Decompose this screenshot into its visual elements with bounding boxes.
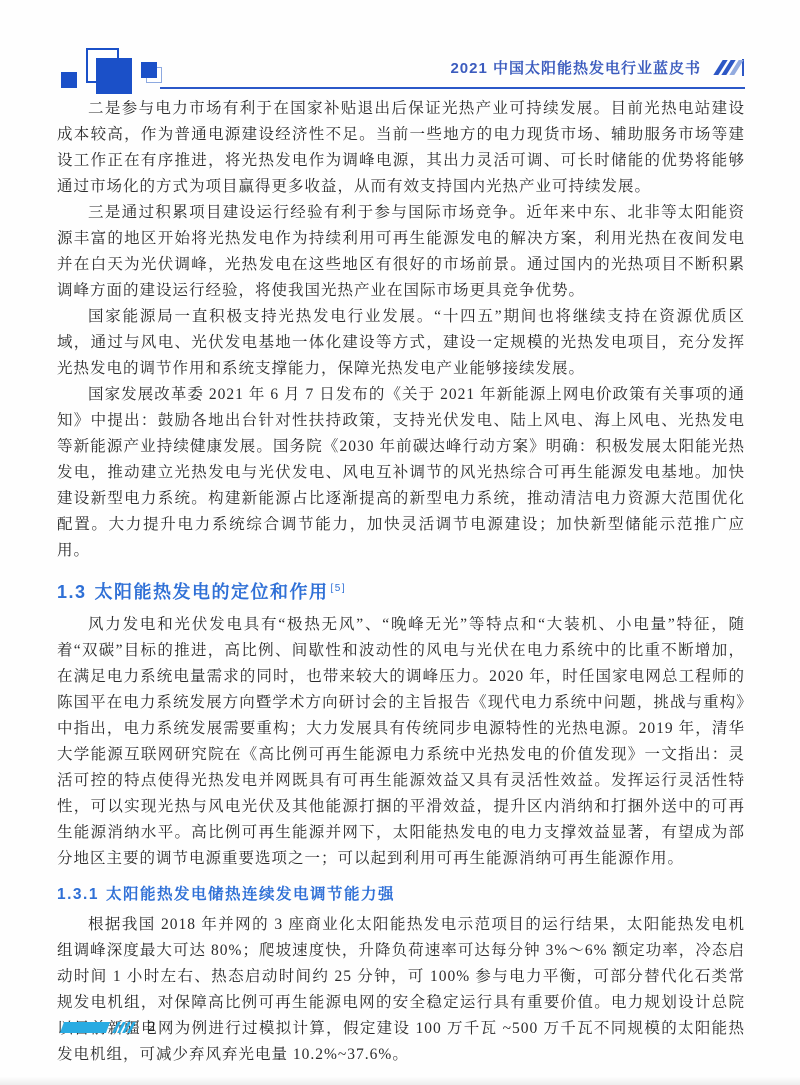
- section-title: 太阳能热发电的定位和作用: [95, 582, 329, 602]
- reference-marker: [5]: [331, 583, 347, 594]
- page-content: 二是参与电力市场有利于在国家补贴退出后保证光热产业可持续发展。目前光热电站建设成…: [57, 96, 745, 1068]
- header-divider: [160, 87, 745, 89]
- page-footer: 2: [62, 1019, 156, 1036]
- paragraph: 国家发展改革委 2021 年 6 月 7 日发布的《关于 2021 年新能源上网…: [57, 382, 745, 564]
- paragraph: 三是通过积累项目建设运行经验有利于参与国际市场竞争。近年来中东、北非等太阳能资源…: [57, 200, 745, 304]
- page-number: 2: [148, 1019, 156, 1036]
- header-slashes-icon: [715, 59, 744, 76]
- paragraph: 风力发电和光伏发电具有“极热无风”、“晚峰无光”等特点和“大装机、小电量”特征，…: [57, 612, 745, 872]
- subsection-title: 太阳能热发电储热连续发电调节能力强: [106, 886, 395, 903]
- section-heading: 1.3太阳能热发电的定位和作用[5]: [57, 578, 745, 604]
- section-number: 1.3: [57, 582, 87, 602]
- subsection-heading: 1.3.1太阳能热发电储热连续发电调节能力强: [57, 882, 745, 904]
- footer-bar-icon: [60, 1022, 110, 1033]
- document-page: 2021 中国太阳能热发电行业蓝皮书 二是参与电力市场有利于在国家补贴退出后保证…: [0, 0, 800, 1085]
- header: 2021 中国太阳能热发电行业蓝皮书: [450, 57, 744, 78]
- logo-small-square-icon: [61, 72, 77, 88]
- scan-edge-shadow: [0, 1076, 800, 1085]
- paragraph: 国家能源局一直积极支持光热发电行业发展。“十四五”期间也将继续支持在资源优质区域…: [57, 304, 745, 382]
- paragraph: 根据我国 2018 年并网的 3 座商业化太阳能热发电示范项目的运行结果，太阳能…: [57, 912, 745, 1068]
- brand-squares-logo-icon: [57, 48, 167, 98]
- footer-slashes-icon: [113, 1022, 133, 1033]
- logo-right-square-icon: [141, 62, 157, 78]
- header-title: 2021 中国太阳能热发电行业蓝皮书: [450, 57, 701, 78]
- logo-large-square-icon: [96, 58, 132, 94]
- subsection-number: 1.3.1: [57, 886, 99, 903]
- paragraph: 二是参与电力市场有利于在国家补贴退出后保证光热产业可持续发展。目前光热电站建设成…: [57, 96, 745, 200]
